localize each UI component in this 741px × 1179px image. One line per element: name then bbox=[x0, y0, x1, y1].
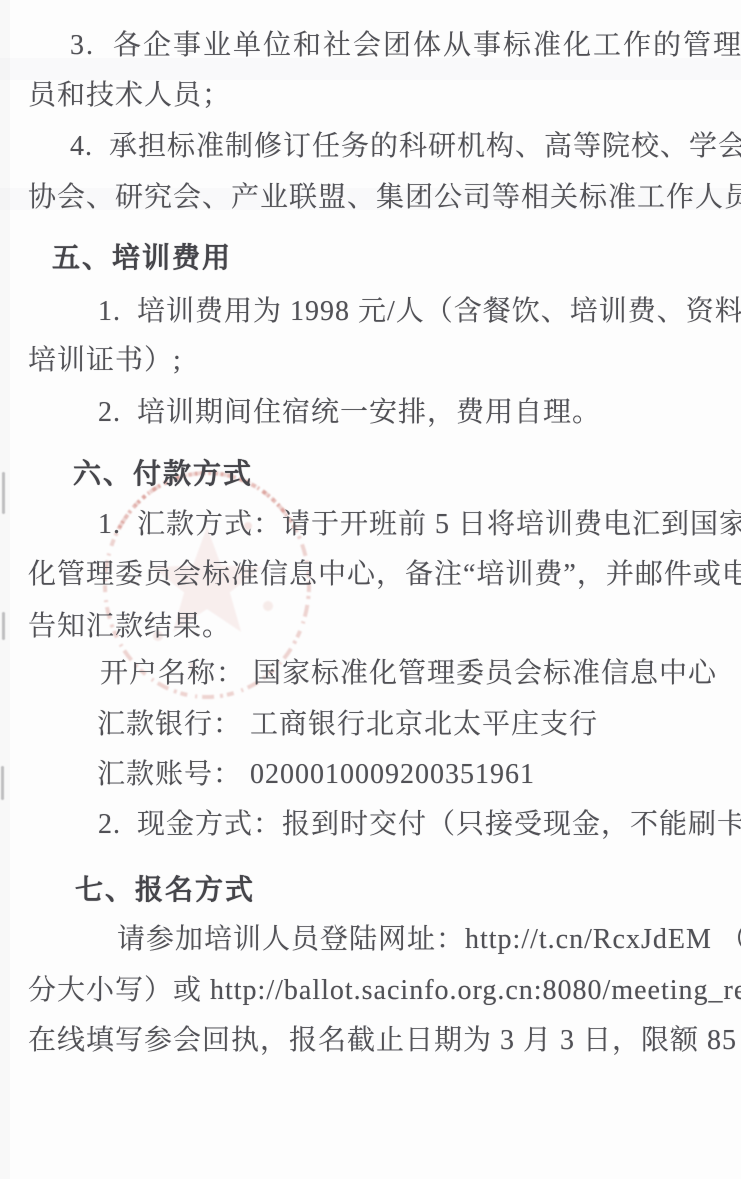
section6-item1-line3: 告知汇款结果。 bbox=[28, 611, 231, 643]
section6-item1-line1: 1. 汇款方式：请于开班前 5 日将培训费电汇到国家标准 bbox=[98, 509, 741, 541]
section7-heading: 七、报名方式 bbox=[75, 875, 255, 907]
item4-line2: 协会、研究会、产业联盟、集团公司等相关标准工作人员。 bbox=[28, 182, 741, 214]
scanned-document-page: 3. 各企事业单位和社会团体从事标准化工作的管理人 员和技术人员； 4. 承担标… bbox=[0, 0, 741, 1179]
scan-edge-mark bbox=[2, 612, 5, 640]
section5-item1-line2: 培训证书）; bbox=[28, 345, 182, 377]
section5-item2: 2. 培训期间住宿统一安排，费用自理。 bbox=[98, 397, 601, 429]
scan-edge-mark bbox=[1, 766, 4, 800]
scan-edge-mark bbox=[2, 472, 5, 514]
item3-line2: 员和技术人员； bbox=[28, 80, 231, 112]
section6-item1-line2: 化管理委员会标准信息中心，备注“培训费”，并邮件或电话 bbox=[28, 559, 741, 591]
section5-heading: 五、培训费用 bbox=[52, 243, 232, 275]
account-number-line: 汇款账号： 0200010009200351961 bbox=[97, 759, 535, 791]
section7-line2-registration-url: 分大小写）或 http://ballot.sacinfo.org.cn:8080… bbox=[28, 975, 741, 1007]
item4-line1: 4. 承担标准制修订任务的科研机构、高等院校、学会、 bbox=[70, 131, 741, 163]
account-name-line: 开户名称： 国家标准化管理委员会标准信息中心 bbox=[100, 658, 717, 690]
section7-line1-registration-url: 请参加培训人员登陆网址：http://t.cn/RcxJdEM （需区 bbox=[117, 924, 741, 956]
section6-heading: 六、付款方式 bbox=[73, 459, 253, 491]
account-bank-line: 汇款银行： 工商银行北京北太平庄支行 bbox=[97, 709, 598, 741]
item3-line1: 3. 各企事业单位和社会团体从事标准化工作的管理人 bbox=[70, 30, 741, 62]
section7-line3-deadline: 在线填写参会回执，报名截止日期为 3 月 3 日，限额 85 人。 bbox=[28, 1025, 741, 1057]
section6-item2: 2. 现金方式：报到时交付（只接受现金，不能刷卡） bbox=[98, 809, 741, 841]
section5-item1-line1: 1. 培训费用为 1998 元/人（含餐饮、培训费、资料费、 bbox=[98, 296, 741, 328]
